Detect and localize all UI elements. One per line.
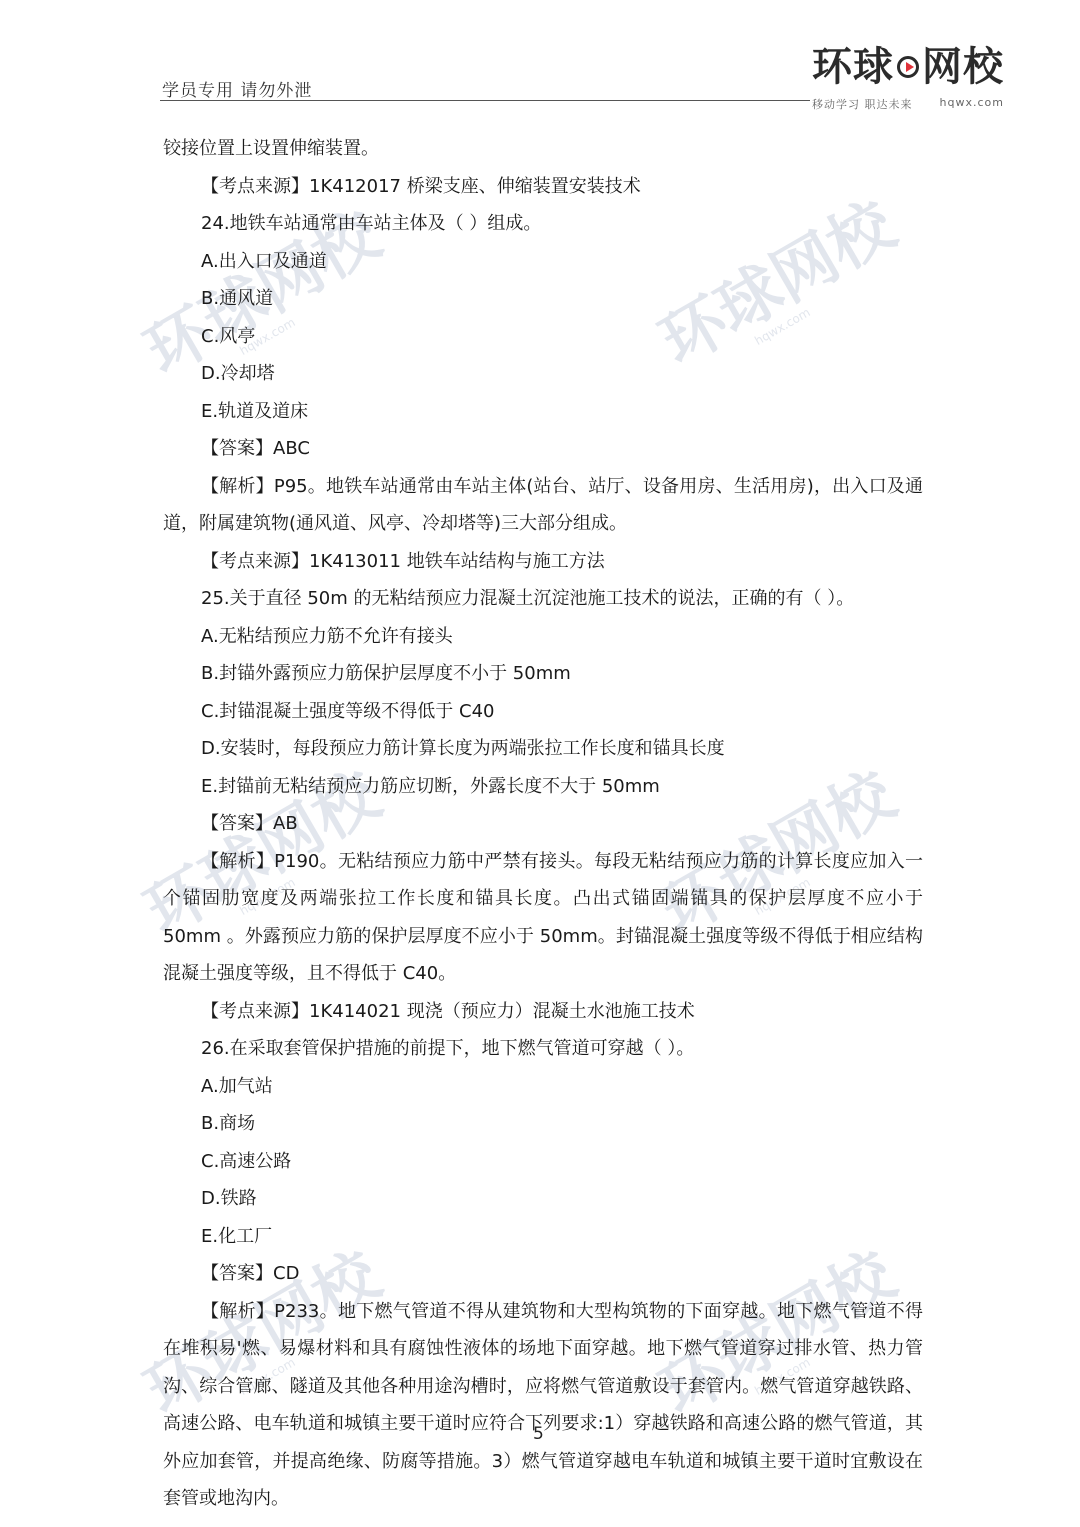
- previous-source: 【考点来源】1K412017 桥梁支座、伸缩装置安装技术: [163, 168, 923, 206]
- q24-option-d: D.冷却塔: [163, 355, 923, 393]
- q26-option-d: D.铁路: [163, 1180, 923, 1218]
- header-divider: [160, 100, 810, 101]
- q26-option-b: B.商场: [163, 1105, 923, 1143]
- previous-answer-tail: 铰接位置上设置伸缩装置。: [163, 130, 923, 168]
- logo-tagline: 移动学习 职达未来 hqwx.com: [812, 96, 1004, 112]
- q24-option-b: B.通风道: [163, 280, 923, 318]
- logo-site: hqwx.com: [940, 96, 1004, 112]
- q25-option-e: E.封锚前无粘结预应力筋应切断，外露长度不大于 50mm: [163, 768, 923, 806]
- question-26-stem: 26.在采取套管保护措施的前提下，地下燃气管道可穿越（ ）。: [163, 1030, 923, 1068]
- page-number: 5: [533, 1424, 544, 1444]
- q24-answer: 【答案】ABC: [163, 430, 923, 468]
- confidential-notice: 学员专用 请勿外泄: [162, 76, 312, 101]
- q25-answer: 【答案】AB: [163, 805, 923, 843]
- q26-option-a: A.加气站: [163, 1068, 923, 1106]
- logo-name-left: 环球: [812, 44, 894, 90]
- q25-option-d: D.安装时，每段预应力筋计算长度为两端张拉工作长度和锚具长度: [163, 730, 923, 768]
- logo-name-right: 网校: [922, 44, 1004, 90]
- q26-option-c: C.高速公路: [163, 1143, 923, 1181]
- q24-analysis: 【解析】P95。地铁车站通常由车站主体(站台、站厅、设备用房、生活用房)，出入口…: [163, 468, 923, 543]
- q26-answer: 【答案】CD: [163, 1255, 923, 1293]
- q25-option-c: C.封锚混凝土强度等级不得低于 C40: [163, 693, 923, 731]
- q25-option-b: B.封锚外露预应力筋保护层厚度不小于 50mm: [163, 655, 923, 693]
- logo-wordmark: 环球 网校: [812, 44, 1012, 90]
- q25-source: 【考点来源】1K414021 现浇（预应力）混凝土水池施工技术: [163, 993, 923, 1031]
- question-25-stem: 25.关于直径 50m 的无粘结预应力混凝土沉淀池施工技术的说法，正确的有（ ）…: [163, 580, 923, 618]
- q24-option-a: A.出入口及通道: [163, 243, 923, 281]
- brand-logo: 环球 网校 移动学习 职达未来 hqwx.com: [812, 44, 1012, 112]
- q25-option-a: A.无粘结预应力筋不允许有接头: [163, 618, 923, 656]
- q26-analysis: 【解析】P233。地下燃气管道不得从建筑物和大型构筑物的下面穿越。地下燃气管道不…: [163, 1293, 923, 1518]
- logo-slogan: 移动学习 职达未来: [812, 96, 913, 112]
- document-body: 铰接位置上设置伸缩装置。 【考点来源】1K412017 桥梁支座、伸缩装置安装技…: [163, 130, 923, 1518]
- play-circle-icon: [897, 56, 919, 78]
- q24-option-e: E.轨道及道床: [163, 393, 923, 431]
- q25-analysis: 【解析】P190。无粘结预应力筋中严禁有接头。每段无粘结预应力筋的计算长度应加入…: [163, 843, 923, 993]
- q24-source: 【考点来源】1K413011 地铁车站结构与施工方法: [163, 543, 923, 581]
- q24-option-c: C.风亭: [163, 318, 923, 356]
- question-24-stem: 24.地铁车站通常由车站主体及（ ）组成。: [163, 205, 923, 243]
- q26-option-e: E.化工厂: [163, 1218, 923, 1256]
